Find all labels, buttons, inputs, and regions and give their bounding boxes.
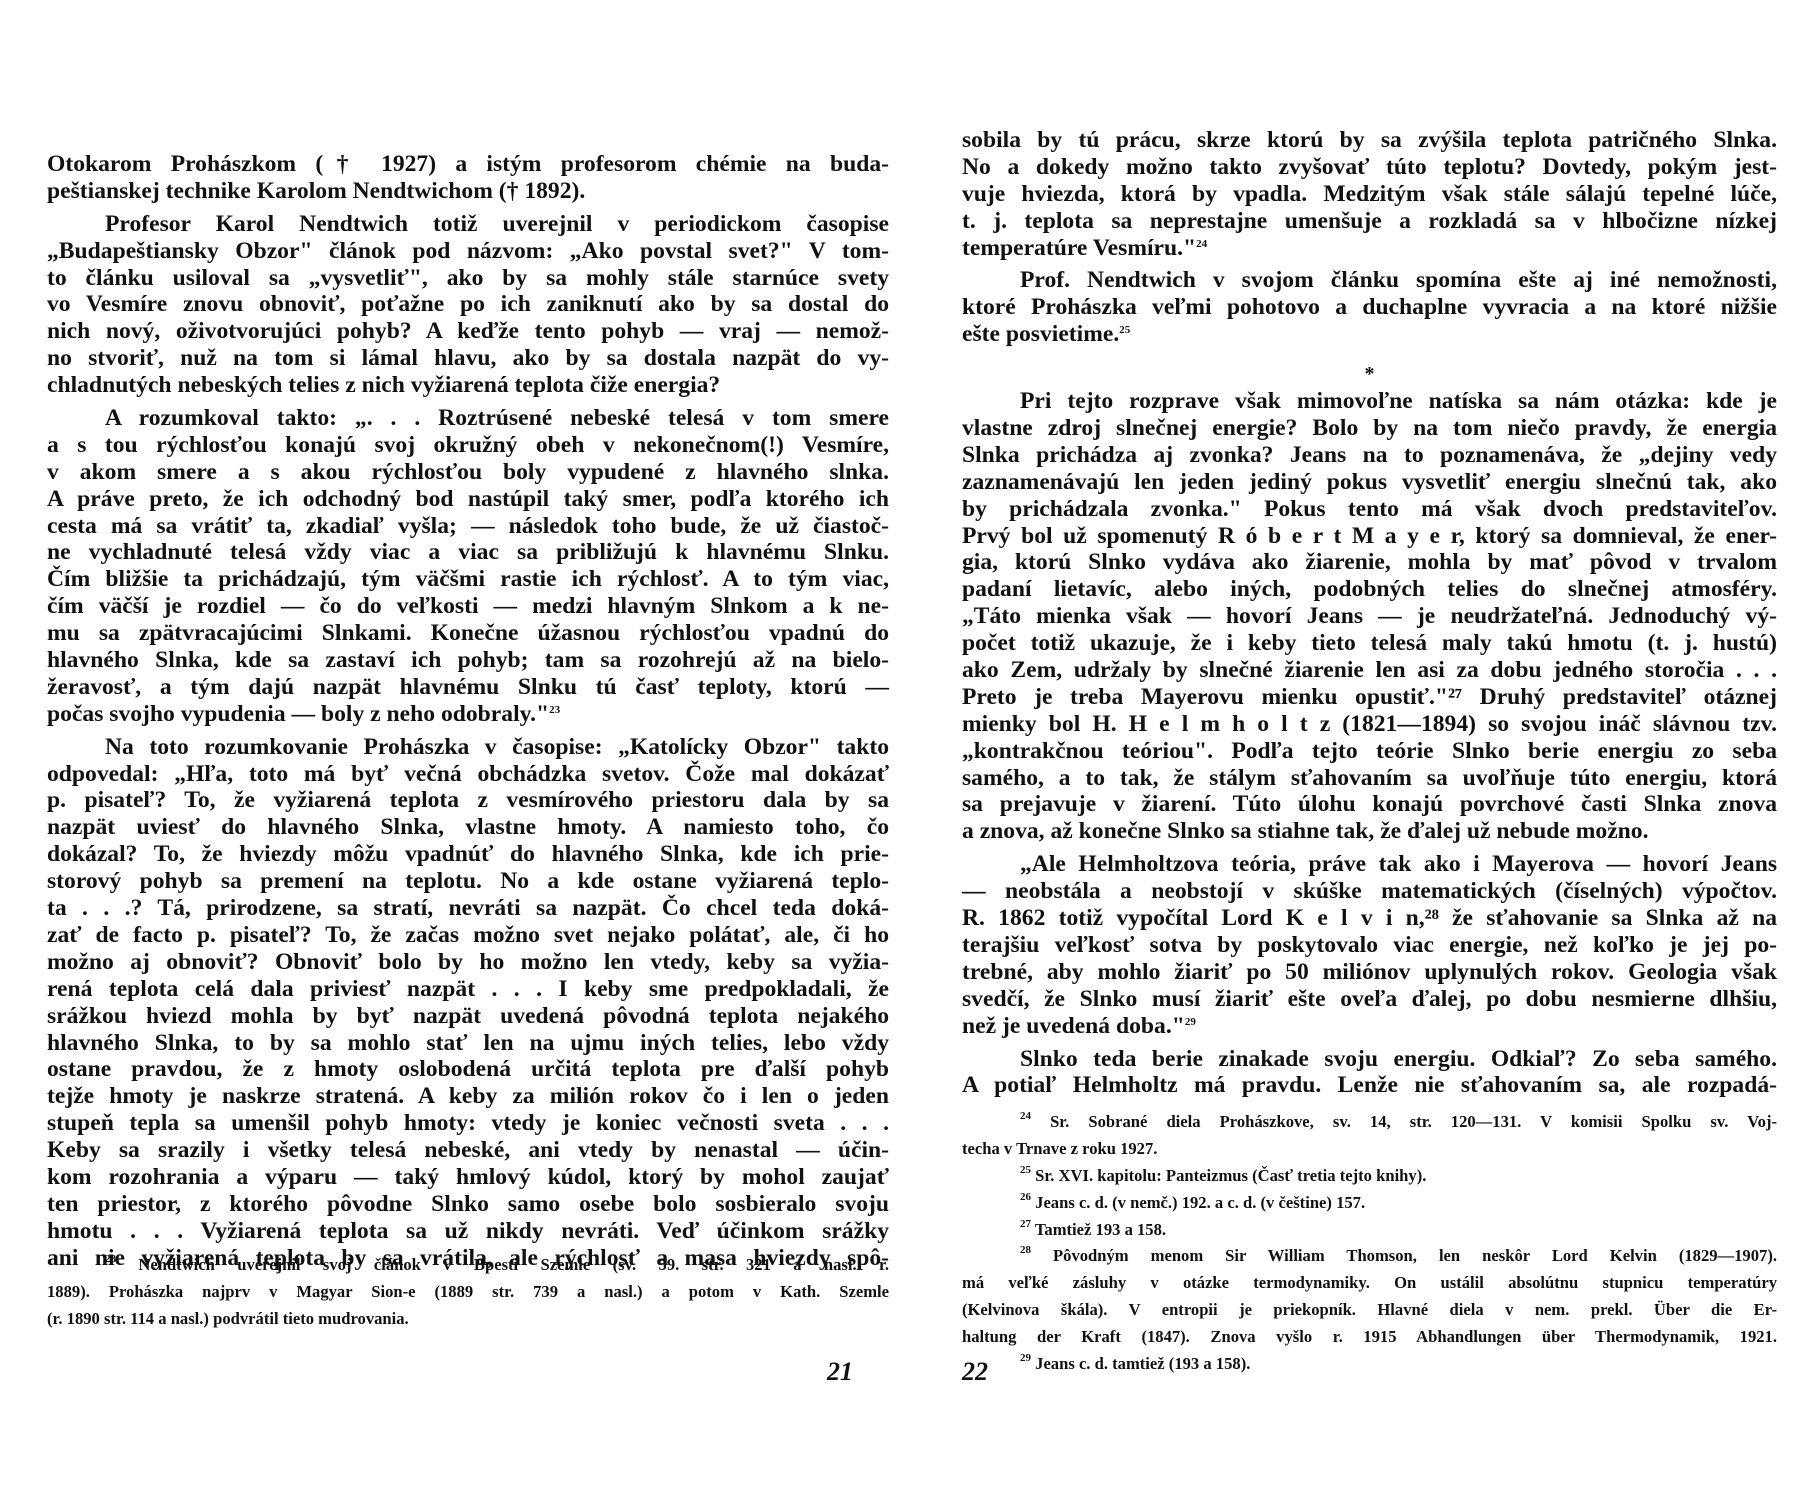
text-line: sa prejavuje v žiarení. Túto úlohu konaj…: [962, 791, 1777, 818]
page-number-left: 21: [827, 1357, 853, 1387]
text-line: ešte posvietime.25: [962, 321, 1777, 348]
text-line: nich nový, oživotvorujúci pohyb? A keďže…: [47, 318, 889, 345]
text-line: dokázal? To, že hviezdy môžu vpadnúť do …: [47, 841, 889, 868]
footnote-line: 29 Jeans c. d. tamtiež (193 a 158).: [962, 1354, 1777, 1381]
text-line: a znova, až konečne Slnko sa stiahne tak…: [962, 818, 1777, 845]
text-line: vuje hviezda, ktorá by vpadla. Medzitým …: [962, 181, 1777, 208]
text-line: mienky bol H. H e l m h o l t z (1821—18…: [962, 711, 1777, 738]
right-body-part1: sobila by tú prácu, skrze ktorú by sa zv…: [962, 127, 1777, 348]
text-line: „kontrakčnou teóriou". Podľa tejto teóri…: [962, 738, 1777, 765]
footnote-ref: 24: [1196, 238, 1207, 250]
text-line: nazpät uviesť do hlavného Slnka, vlastne…: [47, 814, 889, 841]
footnote-line: (Kelvinova škála). V entropii je priekop…: [962, 1300, 1777, 1327]
text-line: „Ale Helmholtzova teória, práve tak ako …: [962, 851, 1777, 878]
text-line: hlavného Slnka, kde sa zastaví ich pohyb…: [47, 647, 889, 674]
footnote-line: 25 Sr. XVI. kapitolu: Panteizmus (Časť t…: [962, 1166, 1777, 1193]
text-line: odpovedal: „Hľa, toto má byť večná obchá…: [47, 761, 889, 788]
footnote-marker: 23: [105, 1253, 116, 1265]
text-line: počet totiž ukazuje, že i keby tieto tel…: [962, 630, 1777, 657]
footnote-line: 28 Pôvodným menom Sir William Thomson, l…: [962, 1246, 1777, 1273]
text-line: svedčí, že Slnko musí žiariť ešte oveľa …: [962, 986, 1777, 1013]
text-line: ne vychladnuté telesá vždy viac a viac s…: [47, 539, 889, 566]
text-line: rená teplota celá dala priviesť nazpät .…: [47, 976, 889, 1003]
text-line: tejže hmoty je naskrze stratená. A keby …: [47, 1083, 889, 1110]
text-line: „Táto mienka však — hovorí Jeans — je ne…: [962, 603, 1777, 630]
text-line: terajšiu veľkosť sotva by poskytovalo vi…: [962, 932, 1777, 959]
footnote-line: 23 Nendtwich uverejnil svoj článok v Bpe…: [47, 1255, 889, 1282]
footnote-line: (r. 1890 str. 114 a nasl.) podvrátil tie…: [47, 1309, 889, 1336]
text-line: Preto je treba Mayerovu mienku opustiť."…: [962, 684, 1777, 711]
text-line: Na toto rozumkovanie Prohászka v časopis…: [47, 734, 889, 761]
text-line: ostane pravdou, že z hmoty oslobodená ur…: [47, 1056, 889, 1083]
text-line: Keby sa srazily i všetky telesá nebeské,…: [47, 1137, 889, 1164]
text-line: cesta má sa vrátiť ta, zkadiaľ vyšla; — …: [47, 513, 889, 540]
text-line: možno aj obnoviť? Obnoviť bolo by ho mož…: [47, 949, 889, 976]
footnote-marker: 27: [1020, 1218, 1031, 1230]
text-line: ako Zem, udržaly by slnečné žiarenie len…: [962, 657, 1777, 684]
text-line: Profesor Karol Nendtwich totiž uverejnil…: [47, 211, 889, 238]
text-line: peštianskej technike Karolom Nendtwichom…: [47, 178, 889, 205]
text-line: ktoré Prohászka veľmi pohotovo a duchapl…: [962, 294, 1777, 321]
text-line: Pri tejto rozprave však mimovoľne natísk…: [962, 388, 1777, 415]
text-line: R. 1862 totiž vypočítal Lord K e l v i n…: [962, 905, 1777, 932]
text-line: Prof. Nendtwich v svojom článku spomína …: [962, 267, 1777, 294]
text-line: trebné, aby mohlo žiariť po 50 miliónov …: [962, 959, 1777, 986]
text-line: Prvý bol už spomenutý R ó b e r t M a y …: [962, 523, 1777, 550]
text-line: Otokarom Prohászkom († 1927) a istým pro…: [47, 151, 889, 178]
text-line: ta . . .? Tá, prirodzene, sa stratí, nev…: [47, 895, 889, 922]
text-line: v akom smere a s akou rýchlosťou boly vy…: [47, 459, 889, 486]
text-line: A práve preto, že ich odchodný bod nastú…: [47, 486, 889, 513]
footnote-marker: 28: [1020, 1244, 1031, 1256]
text-line: to článku usiloval sa „vysvetliť", ako b…: [47, 265, 889, 292]
text-line: A rozumkoval takto: „. . . Roztrúsené ne…: [47, 405, 889, 432]
text-line: „Budapeštiansky Obzor" článok pod názvom…: [47, 238, 889, 265]
footnote-line: 24 Sr. Sobrané diela Prohászkove, sv. 14…: [962, 1112, 1777, 1139]
footnote-marker: 29: [1020, 1352, 1031, 1364]
footnote-marker: 24: [1020, 1110, 1031, 1122]
text-line: kom rozohrania a výparu — taký hmlový kú…: [47, 1164, 889, 1191]
footnote-marker: 26: [1020, 1191, 1031, 1203]
text-line: sobila by tú prácu, skrze ktorú by sa zv…: [962, 127, 1777, 154]
footnote-line: haltung der Kraft (1847). Znova vyšlo r.…: [962, 1327, 1777, 1354]
text-line: hlavného Slnka, to by sa mohlo stať len …: [47, 1030, 889, 1057]
text-line: ten priestor, z ktorého pôvodne Slnko sa…: [47, 1191, 889, 1218]
text-line: by prichádzala zvonka." Pokus tento má v…: [962, 496, 1777, 523]
footnote-ref: 25: [1119, 324, 1130, 336]
left-body-text: Otokarom Prohászkom († 1927) a istým pro…: [47, 151, 889, 1272]
text-line: storový pohyb sa premení na teplotu. No …: [47, 868, 889, 895]
left-footnotes: 23 Nendtwich uverejnil svoj článok v Bpe…: [47, 1255, 889, 1336]
text-line: mu sa zpätvracajúcimi Slnkami. Konečne ú…: [47, 620, 889, 647]
footnote-line: 1889). Prohászka najprv v Magyar Sion-e …: [47, 1282, 889, 1309]
text-line: padaní lietavíc, alebo iných, podobných …: [962, 576, 1777, 603]
text-line: zaznamenávajú len jeden jediný pokus vys…: [962, 469, 1777, 496]
text-line: No a dokedy možno takto zvyšovať túto te…: [962, 154, 1777, 181]
text-line: žeravosť, a tým dajú nazpät hlavnému Sln…: [47, 674, 889, 701]
text-line: hmotu . . . Vyžiarená teplota sa už nikd…: [47, 1218, 889, 1245]
text-line: a s tou rýchlosťou konajú svoj okružný o…: [47, 432, 889, 459]
footnote-line: má veľké zásluhy v otázke termodynamiky.…: [962, 1273, 1777, 1300]
text-line: t. j. teplota sa neprestajne umenšuje a …: [962, 208, 1777, 235]
text-line: samého, a to tak, že stálym sťahovaním s…: [962, 765, 1777, 792]
right-footnotes: 24 Sr. Sobrané diela Prohászkove, sv. 14…: [962, 1112, 1777, 1381]
footnote-line: techa v Trnave z roku 1927.: [962, 1139, 1777, 1166]
text-line: no stvoriť, nuž na tom si lámal hlavu, a…: [47, 345, 889, 372]
text-line: chladnutých nebeských telies z nich vyži…: [47, 372, 889, 399]
page-number-right: 22: [962, 1357, 988, 1387]
footnote-line: 27 Tamtiež 193 a 158.: [962, 1220, 1777, 1247]
text-line: Slnka prichádza aj zvonka? Jeans na to p…: [962, 442, 1777, 469]
right-body-part2: Pri tejto rozprave však mimovoľne natísk…: [962, 388, 1777, 1099]
text-line: Čím bližšie ta prichádzajú, tým väčšmi r…: [47, 566, 889, 593]
text-line: srážkou hviezd mohla by byť nazpät uvede…: [47, 1003, 889, 1030]
right-body-text: sobila by tú prácu, skrze ktorú by sa zv…: [962, 127, 1777, 1099]
text-line: vo Vesmíre znovu obnoviť, poťažne po ich…: [47, 291, 889, 318]
footnote-line: 26 Jeans c. d. (v nemč.) 192. a c. d. (v…: [962, 1193, 1777, 1220]
text-line: zať de facto p. pisateľ? To, že začas mo…: [47, 922, 889, 949]
text-line: vlastne zdroj slnečnej energie? Bolo by …: [962, 415, 1777, 442]
footnote-ref: 29: [1185, 1016, 1196, 1028]
section-separator: *: [962, 348, 1777, 388]
footnote-marker: 25: [1020, 1164, 1031, 1176]
text-line: — neobstála a neobstojí v skúške matemat…: [962, 878, 1777, 905]
text-line: gia, ktorú Slnko vydáva ako žiarenie, mo…: [962, 549, 1777, 576]
footnote-ref: 23: [549, 704, 560, 716]
text-line: A potiaľ Helmholtz má pravdu. Lenže nie …: [962, 1072, 1777, 1099]
text-line: čím väčší je rozdiel — čo do veľkosti — …: [47, 593, 889, 620]
text-line: počas svojho vypudenia — boly z neho odo…: [47, 701, 889, 728]
text-line: Slnko teda berie zinakade svoju energiu.…: [962, 1046, 1777, 1073]
text-line: stupeň tepla sa umenšil pohyb hmoty: vte…: [47, 1110, 889, 1137]
text-line: než je uvedená doba."29: [962, 1013, 1777, 1040]
text-line: p. pisateľ? To, že vyžiarená teplota z v…: [47, 787, 889, 814]
text-line: temperatúre Vesmíru."24: [962, 235, 1777, 262]
